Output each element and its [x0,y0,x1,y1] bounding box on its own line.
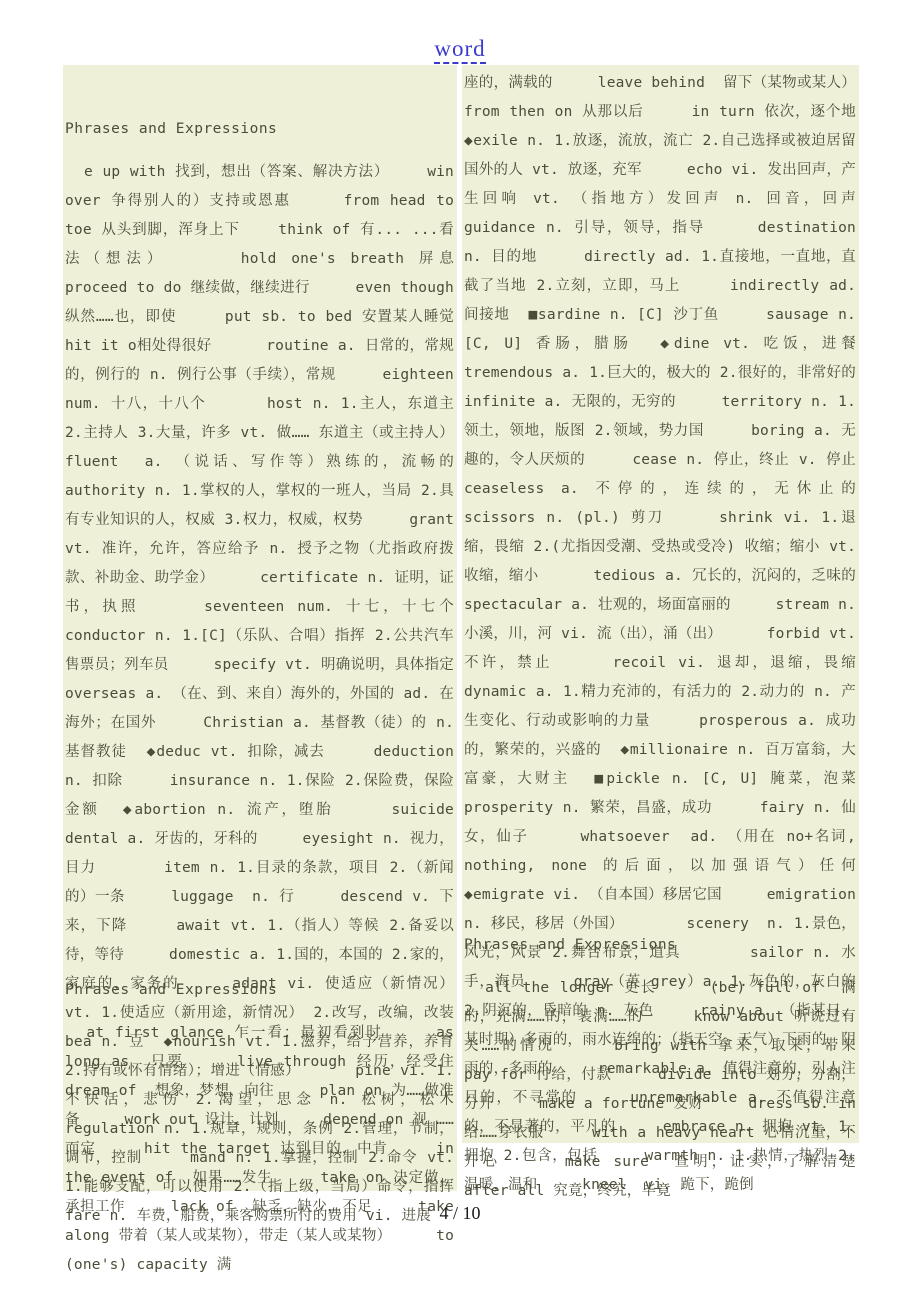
document-title-link[interactable]: word [434,36,485,64]
right-text-column: 座的，满载的 leave behind 留下（某物或某人） from then … [462,65,859,1143]
phrases-heading-right: Phrases and Expressions [462,931,859,960]
page-number-indicator: 4 / 10 [0,1203,920,1224]
document-header: word [0,36,920,62]
phrases-heading-left-1: Phrases and Expressions [63,115,457,144]
left-text-column: Phrases and Expressions e up with 找到，想出（… [63,65,457,1191]
phrases-heading-left-2: Phrases and Expressions [63,976,457,1005]
phrases-paragraph-left-2: at first glance 乍一看；最初看到时 as long as 只要 … [63,1019,457,1280]
phrases-paragraph-right-2: all the longer 更长 (be) full of 满的，充满……的，… [462,974,859,1206]
